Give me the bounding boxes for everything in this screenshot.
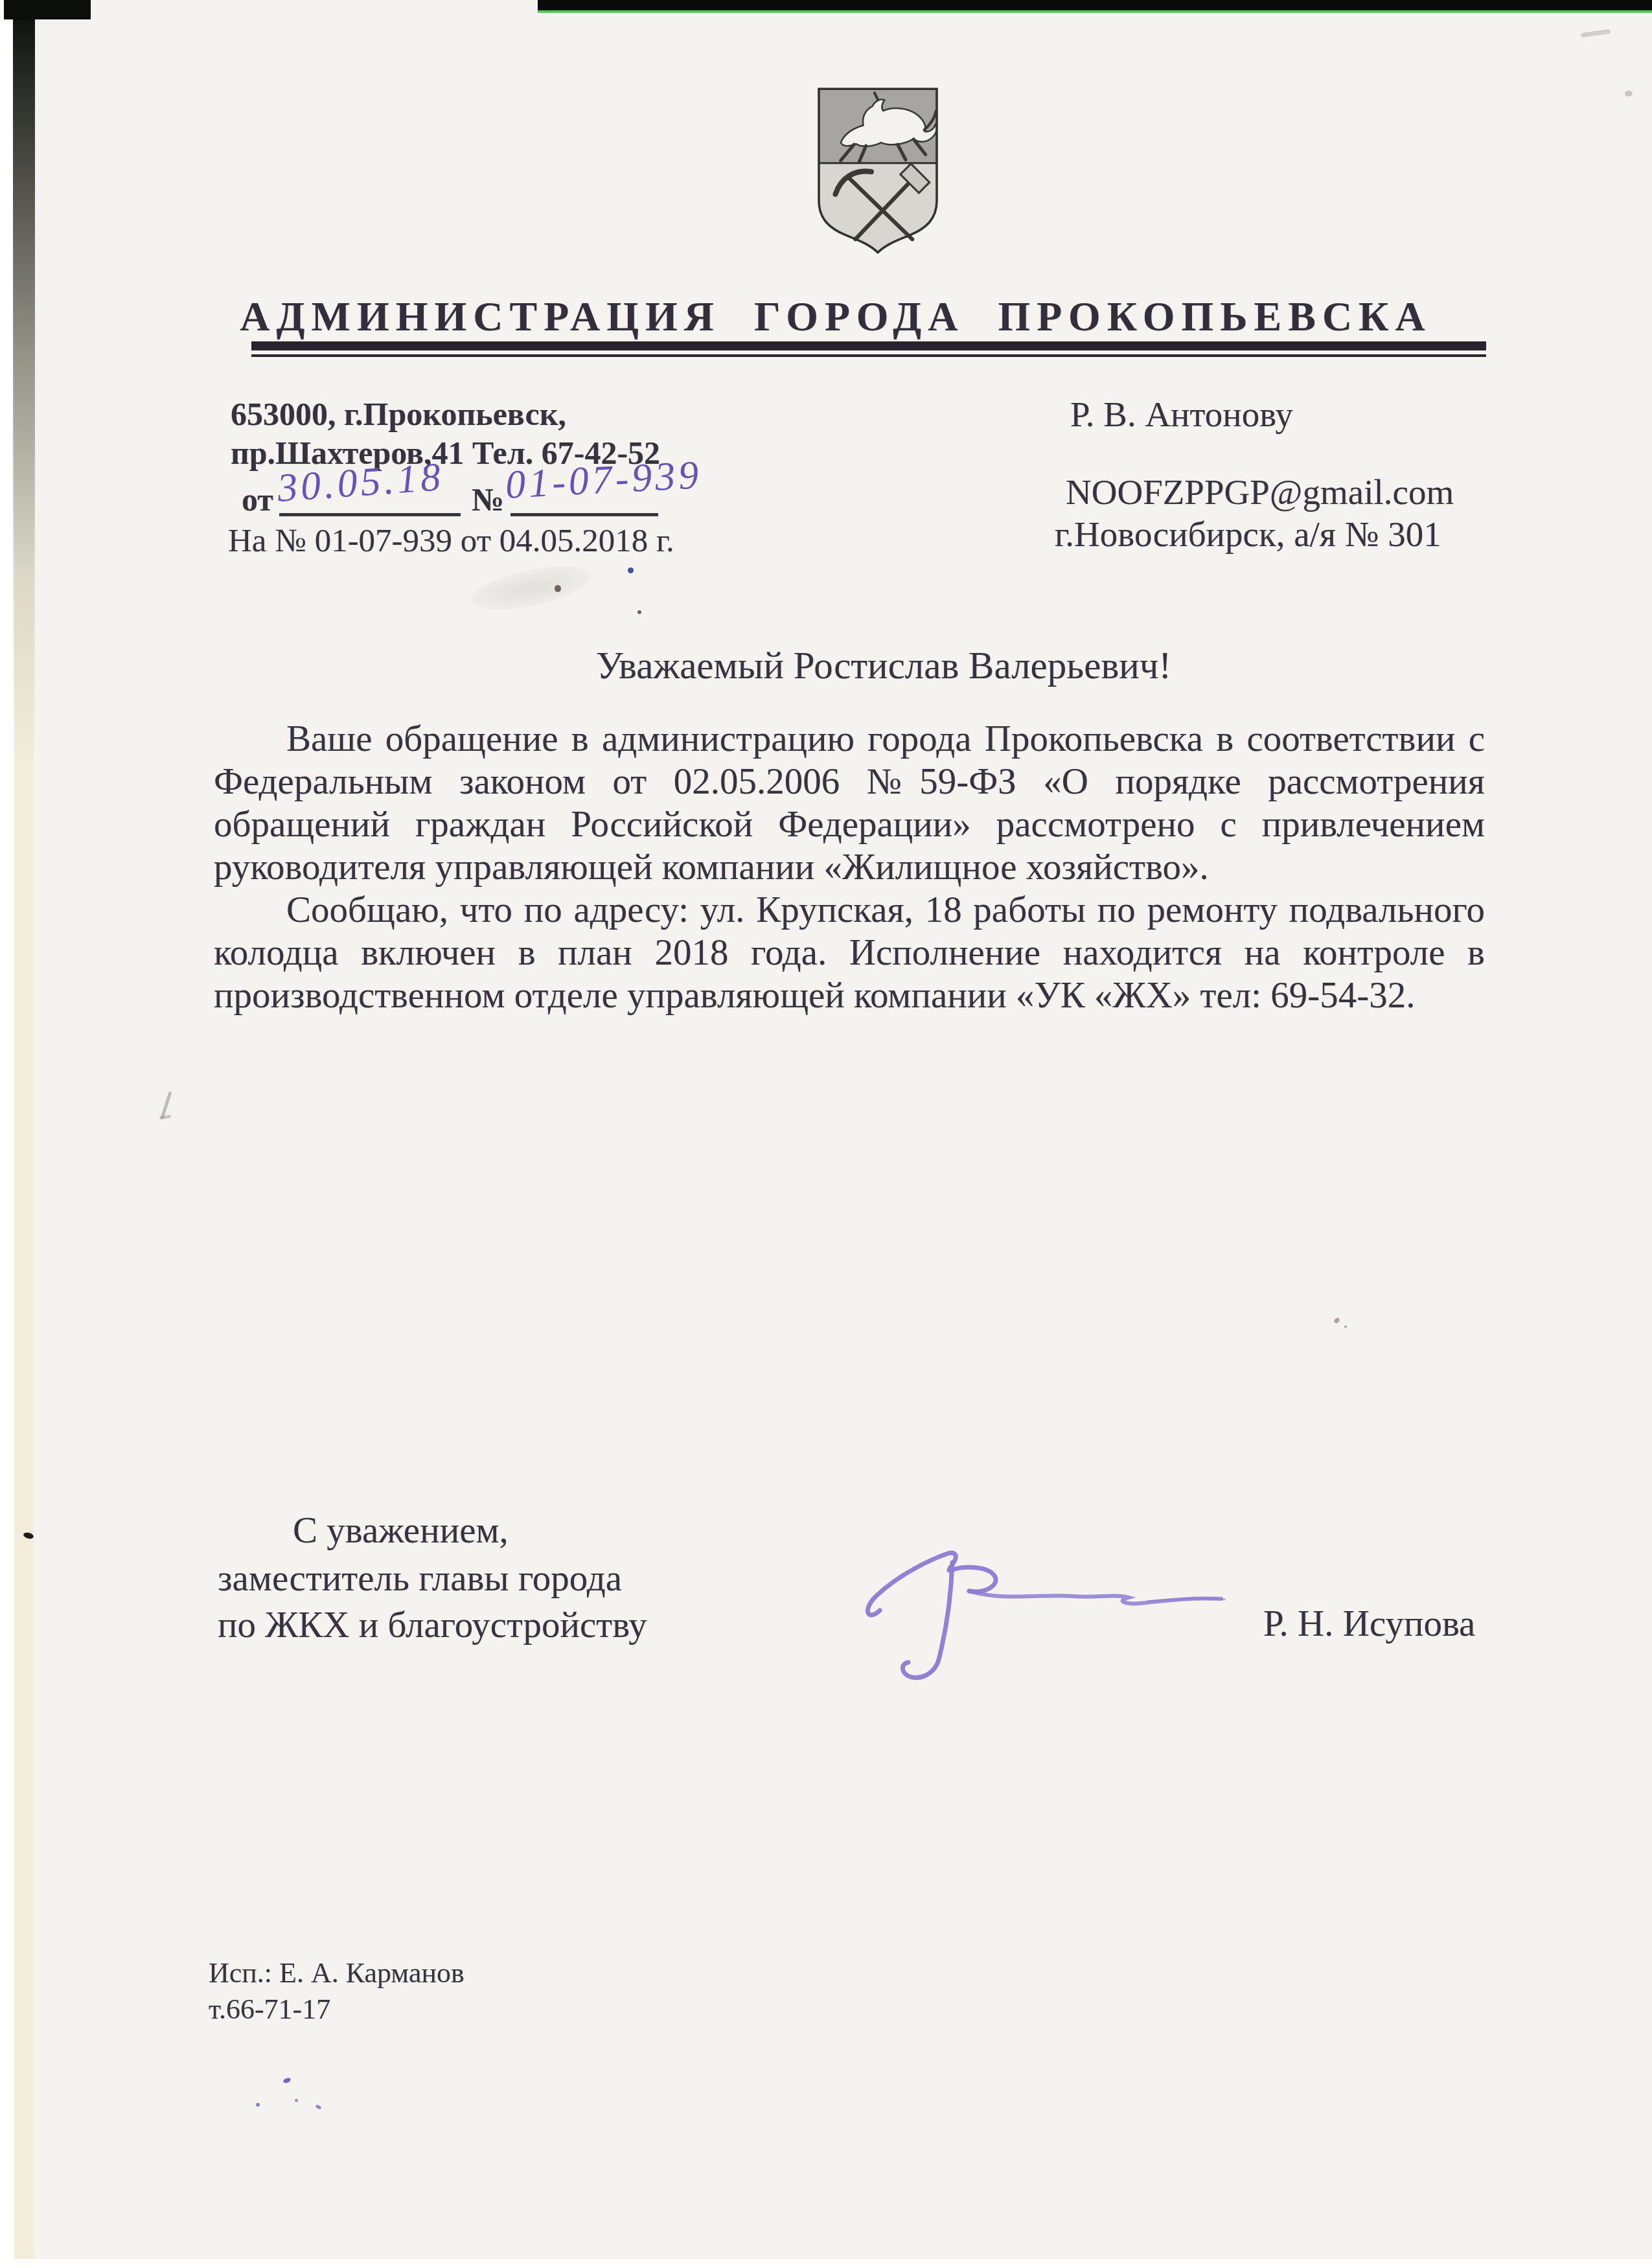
- executor-line: Исп.: Е. А. Карманов: [209, 1956, 465, 1989]
- scanned-letter-page: АДМИНИСТРАЦИЯ ГОРОДА ПРОКОПЬЕВСКА 653000…: [0, 0, 1652, 2268]
- scan-edge-shadow: [13, 17, 35, 762]
- executor-phone: т.66-71-17: [209, 1993, 330, 2026]
- scan-top-black-bar: [538, 0, 1652, 10]
- scan-edge-white-strip: [0, 0, 14, 2268]
- purple-ink-speck: [295, 2099, 298, 2102]
- letterhead-title: АДМИНИСТРАЦИЯ ГОРОДА ПРОКОПЬЕВСКА: [188, 293, 1484, 341]
- coat-of-arms-icon: [811, 82, 945, 259]
- date-underline: [279, 513, 461, 516]
- salutation: Уважаемый Ростислав Валерьевич!: [596, 643, 1171, 688]
- purple-ink-speck: [282, 2077, 292, 2084]
- pencil-mark: [159, 1115, 172, 1119]
- recipient-city: г.Новосибирск, а/я № 301: [1055, 514, 1441, 555]
- letterhead-rule-thick: [251, 341, 1486, 350]
- ink-speck: [637, 610, 641, 614]
- outgoing-date-label: от: [242, 481, 273, 518]
- scan-corner-black: [4, 0, 91, 19]
- number-underline: [511, 513, 658, 516]
- ink-speck: [555, 585, 561, 592]
- letterhead-rule-thin: [251, 354, 1486, 357]
- scan-bottom-white-strip: [0, 2259, 1652, 2268]
- pencil-smudge: [467, 558, 595, 618]
- closing-regards: С уважением,: [293, 1509, 509, 1552]
- ink-speck: [1344, 1325, 1347, 1328]
- scan-top-green-line: [538, 10, 1652, 13]
- purple-ink-speck: [256, 2103, 260, 2107]
- recipient-email: NOOFZPPGP@gmail.com: [1066, 472, 1454, 512]
- pencil-smudge: [1581, 29, 1611, 38]
- reference-line: На № 01-07-939 от 04.05.2018 г.: [228, 522, 674, 560]
- body-paragraph-1: Ваше обращение в администрацию города Пр…: [214, 718, 1485, 889]
- closing-position-line2: по ЖКХ и благоустройству: [218, 1604, 647, 1646]
- ink-speck: [1333, 1317, 1340, 1324]
- signer-name: Р. Н. Исупова: [1263, 1603, 1475, 1645]
- pencil-smudge: [1625, 91, 1633, 97]
- recipient-name: Р. В. Антонову: [1070, 394, 1293, 435]
- closing-position-line1: заместитель главы города: [218, 1557, 622, 1599]
- handwritten-outgoing-number: 01-07-939: [504, 452, 703, 509]
- letter-body: Ваше обращение в администрацию города Пр…: [214, 718, 1485, 1017]
- body-paragraph-2: Сообщаю, что по адресу: ул. Крупская, 18…: [214, 889, 1485, 1017]
- outgoing-number-label: №: [472, 481, 504, 518]
- signature-ink: [842, 1534, 1231, 1686]
- purple-ink-speck: [315, 2104, 321, 2110]
- ink-speck: [628, 567, 634, 573]
- sender-address-line1: 653000, г.Прокопьевск,: [231, 395, 566, 433]
